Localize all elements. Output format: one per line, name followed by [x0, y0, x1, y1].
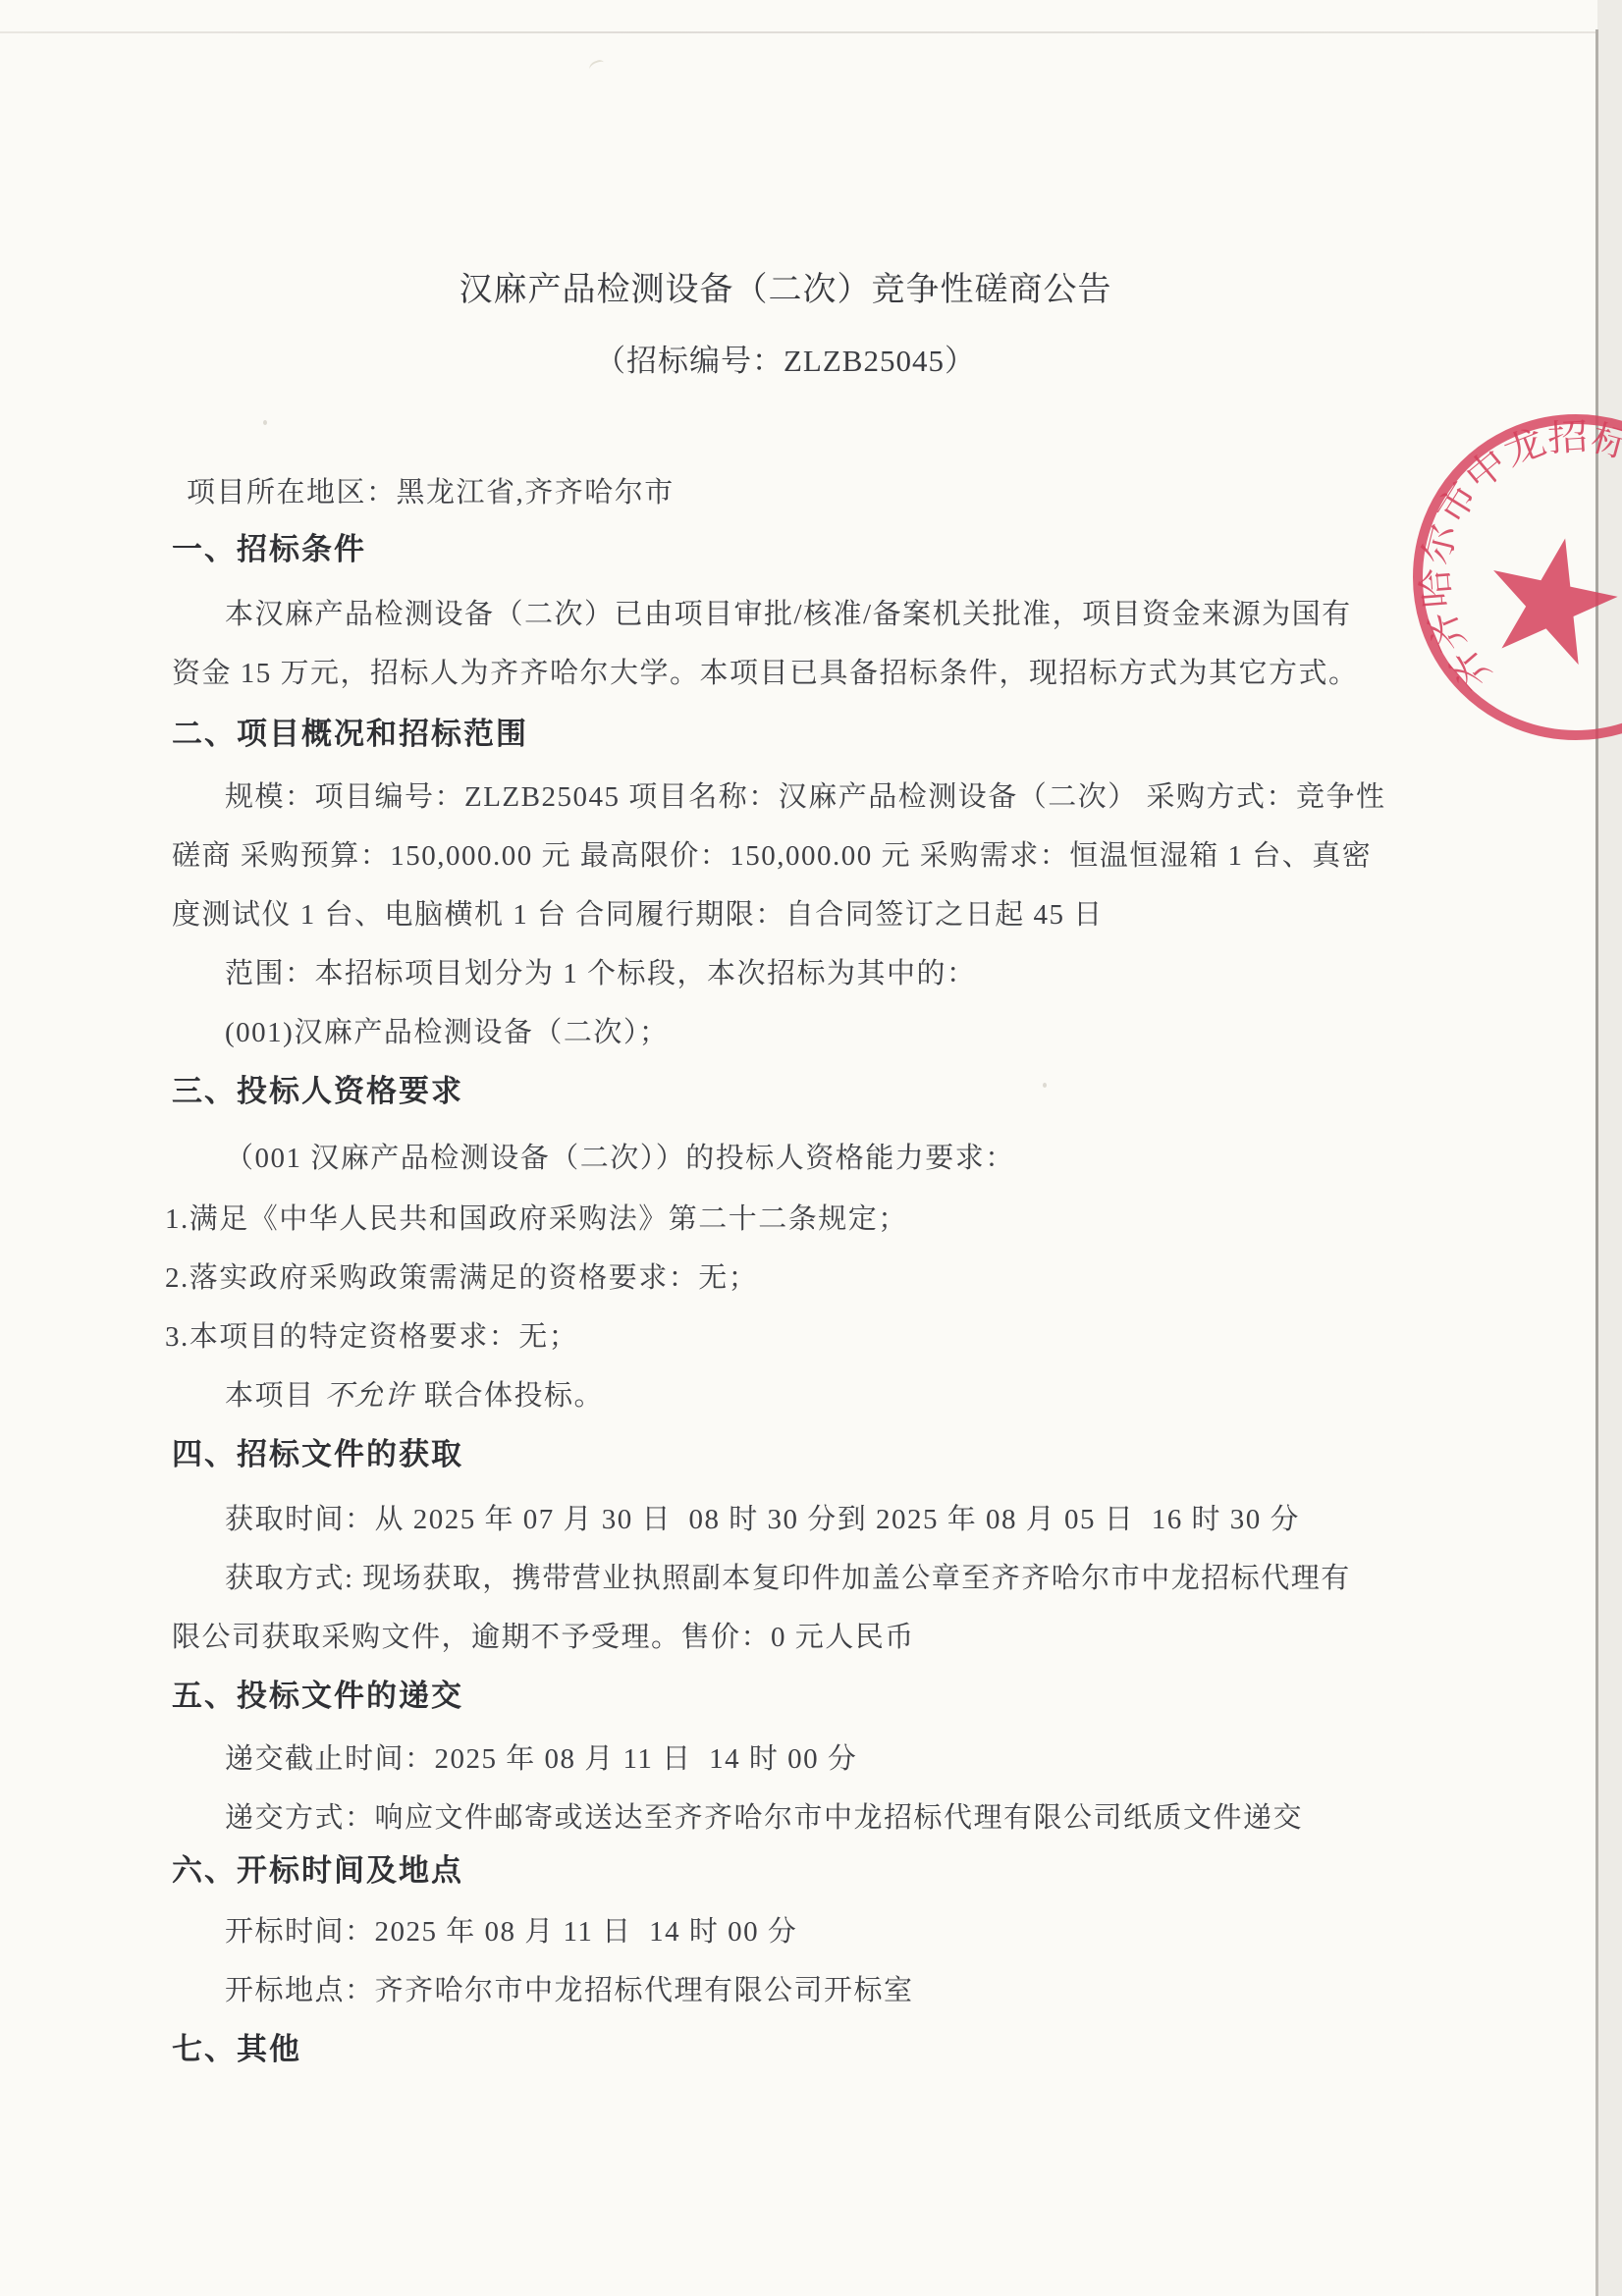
s2-line-1: 规模：项目编号：ZLZB25045 项目名称：汉麻产品检测设备（二次） 采购方式…	[225, 777, 1386, 817]
page-top-edge	[0, 31, 1622, 33]
scan-speck	[263, 420, 267, 425]
s5-line-1: 递交截止时间：2025 年 08 月 11 日 14 时 00 分	[225, 1739, 857, 1779]
doc-subtitle: （招标编号：ZLZB25045）	[147, 341, 1424, 382]
s4-line-3: 限公司获取采购文件，逾期不予受理。售价：0 元人民币	[172, 1618, 915, 1657]
section-heading-3: 三、投标人资格要求	[172, 1072, 463, 1111]
s6-line-2: 开标地点：齐齐哈尔市中龙招标代理有限公司开标室	[225, 1971, 914, 2010]
section-heading-6: 六、开标时间及地点	[172, 1851, 463, 1891]
no-alliance-emphasis: 不允许	[325, 1380, 415, 1412]
s2-line-3: 度测试仪 1 台、电脑横机 1 台 合同履行期限：自合同签订之日起 45 日	[172, 895, 1104, 934]
star-icon	[1478, 525, 1622, 669]
s3-intro: （001 汉麻产品检测设备（二次））的投标人资格能力要求：	[225, 1139, 1015, 1178]
s1-line-1: 本汉麻产品检测设备（二次）已由项目审批/核准/备案机关批准，项目资金来源为国有	[225, 595, 1352, 634]
s5-line-2: 递交方式：响应文件邮寄或送达至齐齐哈尔市中龙招标代理有限公司纸质文件递交	[225, 1798, 1303, 1838]
section-heading-2: 二、项目概况和招标范围	[172, 715, 528, 754]
s3-no-alliance-line: 本项目不允许联合体投标。	[225, 1376, 604, 1415]
s2-line-5: (001)汉麻产品检测设备（二次）；	[225, 1013, 669, 1052]
s6-line-1: 开标时间：2025 年 08 月 11 日 14 时 00 分	[225, 1912, 797, 1951]
section-heading-7: 七、其他	[172, 2030, 301, 2069]
section-heading-5: 五、投标文件的递交	[172, 1677, 463, 1716]
s3-item-3: 3.本项目的特定资格要求：无；	[165, 1317, 578, 1357]
s4-line-1: 获取时间：从 2025 年 07 月 30 日 08 时 30 分到 2025 …	[225, 1500, 1300, 1539]
company-seal: 齐齐哈尔市中龙招标代理有限公司	[1340, 342, 1622, 813]
no-alliance-prefix: 本项目	[225, 1380, 315, 1412]
section-heading-1: 一、招标条件	[172, 530, 366, 569]
scanned-document-page: 汉麻产品检测设备（二次）竞争性磋商公告 （招标编号：ZLZB25045） 项目所…	[0, 0, 1622, 2296]
doc-title: 汉麻产品检测设备（二次）竞争性磋商公告	[147, 269, 1424, 312]
no-alliance-suffix: 联合体投标。	[424, 1380, 604, 1412]
scan-speck	[1043, 1083, 1047, 1088]
s2-line-2: 磋商 采购预算：150,000.00 元 最高限价：150,000.00 元 采…	[172, 836, 1372, 876]
scan-smudge	[587, 59, 606, 76]
s3-item-1: 1.满足《中华人民共和国政府采购法》第二十二条规定；	[165, 1200, 908, 1239]
s3-item-2: 2.落实政府采购政策需满足的资格要求：无；	[165, 1258, 758, 1298]
s4-line-2: 获取方式: 现场获取，携带营业执照副本复印件加盖公章至齐齐哈尔市中龙招标代理有	[225, 1559, 1351, 1598]
project-location-line: 项目所在地区：黑龙江省,齐齐哈尔市	[187, 473, 675, 512]
s2-line-4: 范围：本招标项目划分为 1 个标段，本次招标为其中的：	[225, 954, 977, 993]
section-heading-4: 四、招标文件的获取	[172, 1435, 463, 1474]
s1-line-2: 资金 15 万元，招标人为齐齐哈尔大学。本项目已具备招标条件，现招标方式为其它方…	[172, 654, 1359, 693]
seal-arc-text: 齐齐哈尔市中龙招标代理有限公司	[1415, 416, 1622, 697]
